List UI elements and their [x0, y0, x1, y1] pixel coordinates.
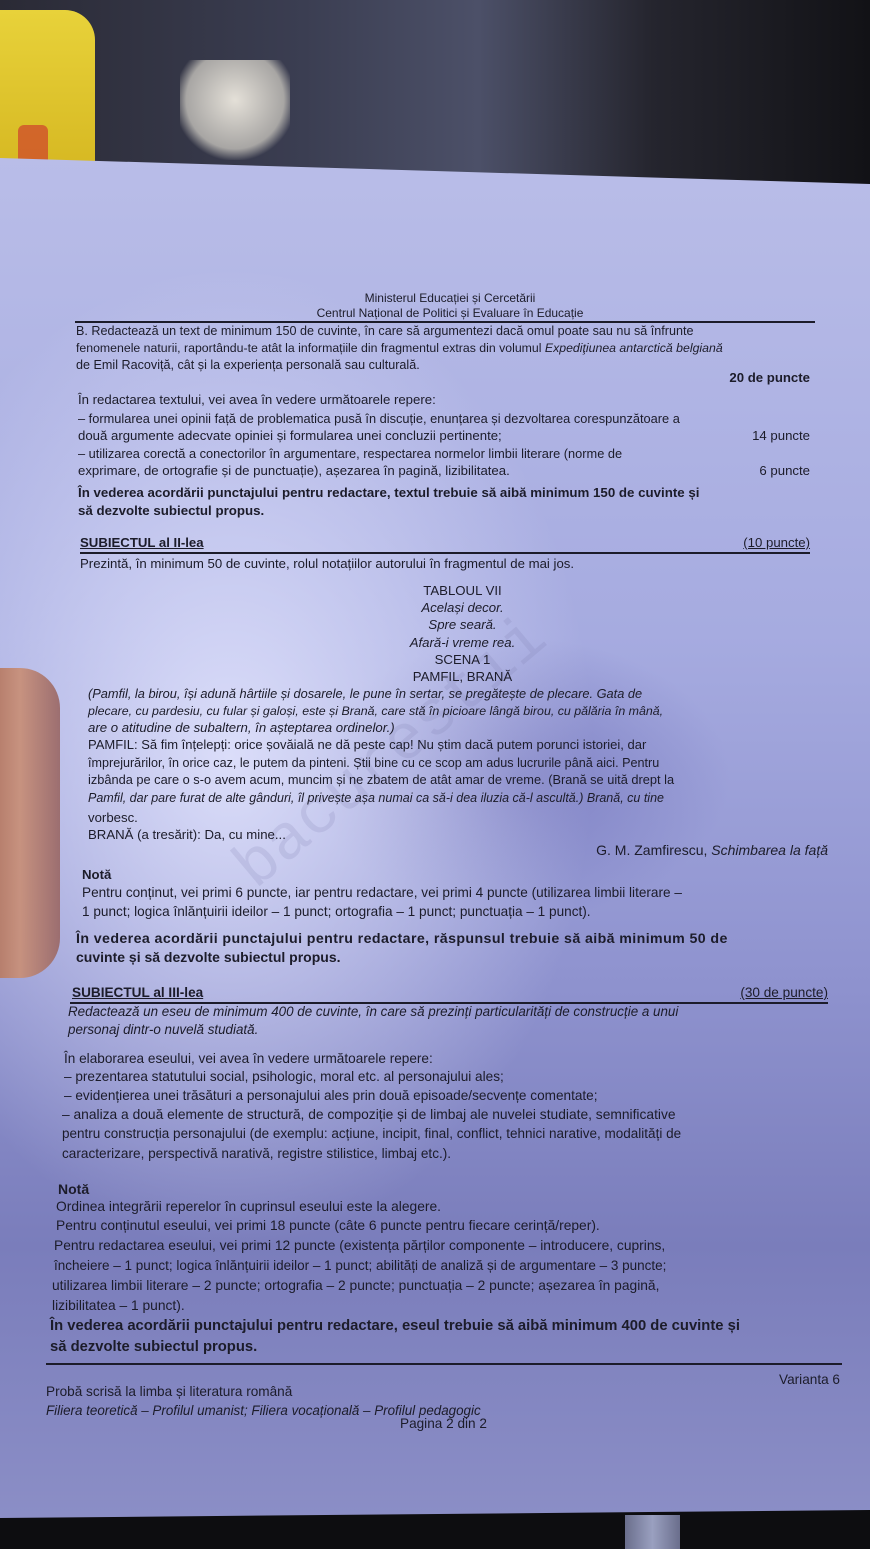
subject2-requirement-1: În vederea acordării punctajului pentru … [76, 931, 728, 947]
sectionB-line-2: fenomenele naturii, raportându-te atât l… [76, 340, 723, 356]
excerpt-line: Pamfil, dar pare furat de alte gânduri, … [88, 790, 664, 806]
subject3-note-line: lizibilitatea – 1 punct). [52, 1298, 185, 1314]
subject3-criterion: pentru construcția personajului (de exem… [62, 1126, 681, 1142]
excerpt-line: plecare, cu pardesiu, cu fular și galoși… [88, 703, 663, 719]
subject3-requirement-2: să dezvolte subiectul propus. [50, 1339, 257, 1355]
footer-variant: Varianta 6 [779, 1372, 840, 1388]
sectionB-line-3: de Emil Racoviță, cât și la experiența p… [76, 357, 420, 373]
subject3-task-1: Redactează un eseu de minimum 400 de cuv… [68, 1004, 678, 1020]
light-reflection [625, 1515, 680, 1549]
sectionB-line-1: B. Redactează un text de minimum 150 de … [76, 323, 693, 339]
footer-page: Pagina 2 din 2 [400, 1416, 487, 1432]
excerpt-line: izbânda pe care o s-o avem acum, muncim … [88, 772, 674, 788]
sectionB-criterion-2-points: 6 puncte [759, 463, 810, 479]
sectionB-criterion-1-points: 14 puncte [752, 428, 810, 444]
subject2-requirement-2: cuvinte și să dezvolte subiectul propus. [76, 949, 341, 965]
subject3-note-line: Ordinea integrării reperelor în cuprinsu… [56, 1199, 441, 1215]
excerpt-line: PAMFIL: Să fim înțelepți: orice șovăială… [88, 737, 646, 753]
sectionB-points: 20 de puncte [729, 370, 810, 386]
excerpt-line: are o atitudine de subaltern, în aștepta… [88, 720, 395, 736]
cloth [180, 60, 290, 160]
subject3-title: SUBIECTUL al III-lea [72, 985, 203, 1001]
book-title: Expediţiunea antarctică belgiană [545, 341, 723, 355]
sectionB-criterion-1b: două argumente adecvate opiniei și formu… [78, 428, 502, 444]
subject3-note-line: Pentru redactarea eseului, vei primi 12 … [54, 1238, 665, 1254]
thumb [0, 668, 60, 978]
excerpt-line: vorbesc. [88, 810, 138, 826]
excerpt-line: împrejurărilor, în orice caz, le putem d… [88, 755, 659, 771]
excerpt-time: Spre seară. [0, 617, 870, 633]
subject2-points: (10 puncte) [743, 535, 810, 551]
subject2-note-title: Notă [82, 867, 111, 883]
subject3-criterion: – analiza a două elemente de structură, … [62, 1107, 676, 1123]
subject2-rule [80, 552, 810, 554]
subject3-criterion: caracterizare, perspectivă narativă, reg… [62, 1146, 451, 1162]
excerpt-weather: Afară-i vreme rea. [0, 635, 870, 651]
subject2-title: SUBIECTUL al II-lea [80, 535, 204, 551]
sectionB-criterion-1a: – formularea unei opinii față de problem… [78, 411, 680, 427]
excerpt-characters: PAMFIL, BRANĂ [0, 669, 870, 685]
attribution-author: G. M. Zamfirescu, [596, 842, 711, 858]
sectionB-criterion-2a: – utilizarea corectă a conectorilor în a… [78, 446, 622, 462]
subject3-note-line: utilizarea limbii literare – 2 puncte; o… [52, 1278, 659, 1294]
footer-rule [46, 1363, 842, 1365]
sectionB-line-2-text: fenomenele naturii, raportându-te atât l… [76, 341, 545, 355]
attribution-work: Schimbarea la față [711, 842, 828, 858]
excerpt-scene: SCENA 1 [0, 652, 870, 668]
subject3-note-line: încheiere – 1 punct; logica înlănțuirii … [54, 1258, 666, 1274]
footer-exam: Probă scrisă la limba și literatura româ… [46, 1384, 292, 1400]
subject3-task-2: personaj dintr-o nuvelă studiată. [68, 1022, 258, 1038]
subject3-intro: În elaborarea eseului, vei avea în veder… [64, 1051, 433, 1067]
sectionB-criterion-2b: exprimare, de ortografie și de punctuați… [78, 463, 510, 479]
header-ministry: Ministerul Educației și Cercetării [0, 290, 870, 306]
subject3-points: (30 de puncte) [740, 985, 828, 1001]
subject2-note-line-2: 1 punct; logica înlănțuirii ideilor – 1 … [82, 904, 591, 920]
excerpt-line: (Pamfil, la birou, își adună hârtiile și… [88, 686, 642, 702]
header-center: Centrul Național de Politici și Evaluare… [0, 305, 870, 321]
sectionB-requirement-2: să dezvolte subiectul propus. [78, 503, 264, 519]
sectionB-requirement-1: În vederea acordării punctajului pentru … [78, 485, 699, 501]
subject2-task: Prezintă, în minimum 50 de cuvinte, rolu… [80, 556, 574, 572]
subject3-note-title: Notă [58, 1181, 89, 1197]
subject3-criterion: – prezentarea statutului social, psiholo… [64, 1069, 504, 1085]
excerpt-attribution: G. M. Zamfirescu, Schimbarea la față [596, 842, 828, 858]
photo-background [0, 0, 870, 185]
excerpt-decor: Același decor. [0, 600, 870, 616]
subject3-criterion: – evidențierea unei trăsături a personaj… [64, 1088, 598, 1104]
subject3-requirement-1: În vederea acordării punctajului pentru … [50, 1318, 740, 1334]
excerpt-line: BRANĂ (a tresărit): Da, cu mine... [88, 827, 286, 843]
sectionB-intro: În redactarea textului, vei avea în vede… [78, 392, 436, 408]
excerpt-tablou: TABLOUL VII [0, 583, 870, 599]
subject3-note-line: Pentru conținutul eseului, vei primi 18 … [56, 1218, 600, 1234]
yellow-bag [0, 10, 95, 170]
subject2-note-line-1: Pentru conținut, vei primi 6 puncte, iar… [82, 885, 682, 901]
